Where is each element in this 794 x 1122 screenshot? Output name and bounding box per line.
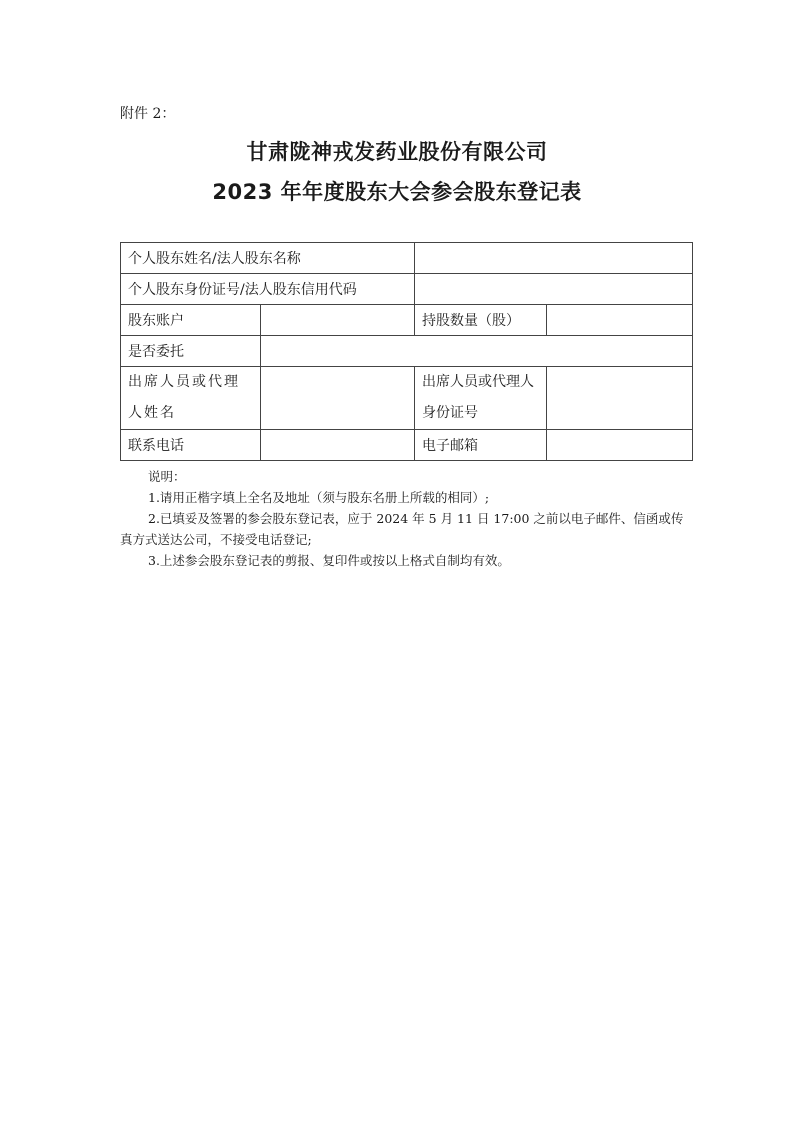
- shareholder-name-field[interactable]: [415, 243, 693, 274]
- notes-section: 说明： 1.请用正楷字填上全名及地址（须与股东名册上所载的相同）; 2.已填妥及…: [120, 466, 692, 571]
- phone-label: 联系电话: [121, 430, 261, 461]
- shareholder-id-field[interactable]: [415, 274, 693, 305]
- attendee-id-label: 出席人员或代理人身份证号: [415, 367, 547, 430]
- note-item: 3.上述参会股东登记表的剪报、复印件或按以上格式自制均有效。: [120, 550, 692, 571]
- shareholder-name-label: 个人股东姓名/法人股东名称: [121, 243, 415, 274]
- table-row: 个人股东姓名/法人股东名称: [121, 243, 693, 274]
- shareholder-account-field[interactable]: [261, 305, 415, 336]
- note-item: 1.请用正楷字填上全名及地址（须与股东名册上所载的相同）;: [120, 487, 692, 508]
- email-field[interactable]: [547, 430, 693, 461]
- attachment-label: 附件 2：: [120, 103, 175, 123]
- shares-held-label: 持股数量（股）: [415, 305, 547, 336]
- email-label: 电子邮箱: [415, 430, 547, 461]
- table-row: 个人股东身份证号/法人股东信用代码: [121, 274, 693, 305]
- attendee-name-label: 出席人员或代理人姓名: [121, 367, 261, 430]
- table-row: 出席人员或代理人姓名 出席人员或代理人身份证号: [121, 367, 693, 430]
- shareholder-id-label: 个人股东身份证号/法人股东信用代码: [121, 274, 415, 305]
- attendee-id-field[interactable]: [547, 367, 693, 430]
- table-row: 股东账户 持股数量（股）: [121, 305, 693, 336]
- proxy-label: 是否委托: [121, 336, 261, 367]
- phone-field[interactable]: [261, 430, 415, 461]
- note-item: 2.已填妥及签署的参会股东登记表，应于 2024 年 5 月 11 日 17:0…: [120, 508, 692, 550]
- company-title: 甘肃陇神戎发药业股份有限公司: [0, 136, 794, 166]
- notes-heading: 说明：: [120, 466, 692, 487]
- table-row: 联系电话 电子邮箱: [121, 430, 693, 461]
- shareholder-account-label: 股东账户: [121, 305, 261, 336]
- shares-held-field[interactable]: [547, 305, 693, 336]
- attendee-name-field[interactable]: [261, 367, 415, 430]
- table-row: 是否委托: [121, 336, 693, 367]
- proxy-field[interactable]: [261, 336, 693, 367]
- form-title: 2023 年年度股东大会参会股东登记表: [0, 176, 794, 206]
- registration-form-table: 个人股东姓名/法人股东名称 个人股东身份证号/法人股东信用代码 股东账户 持股数…: [120, 242, 693, 461]
